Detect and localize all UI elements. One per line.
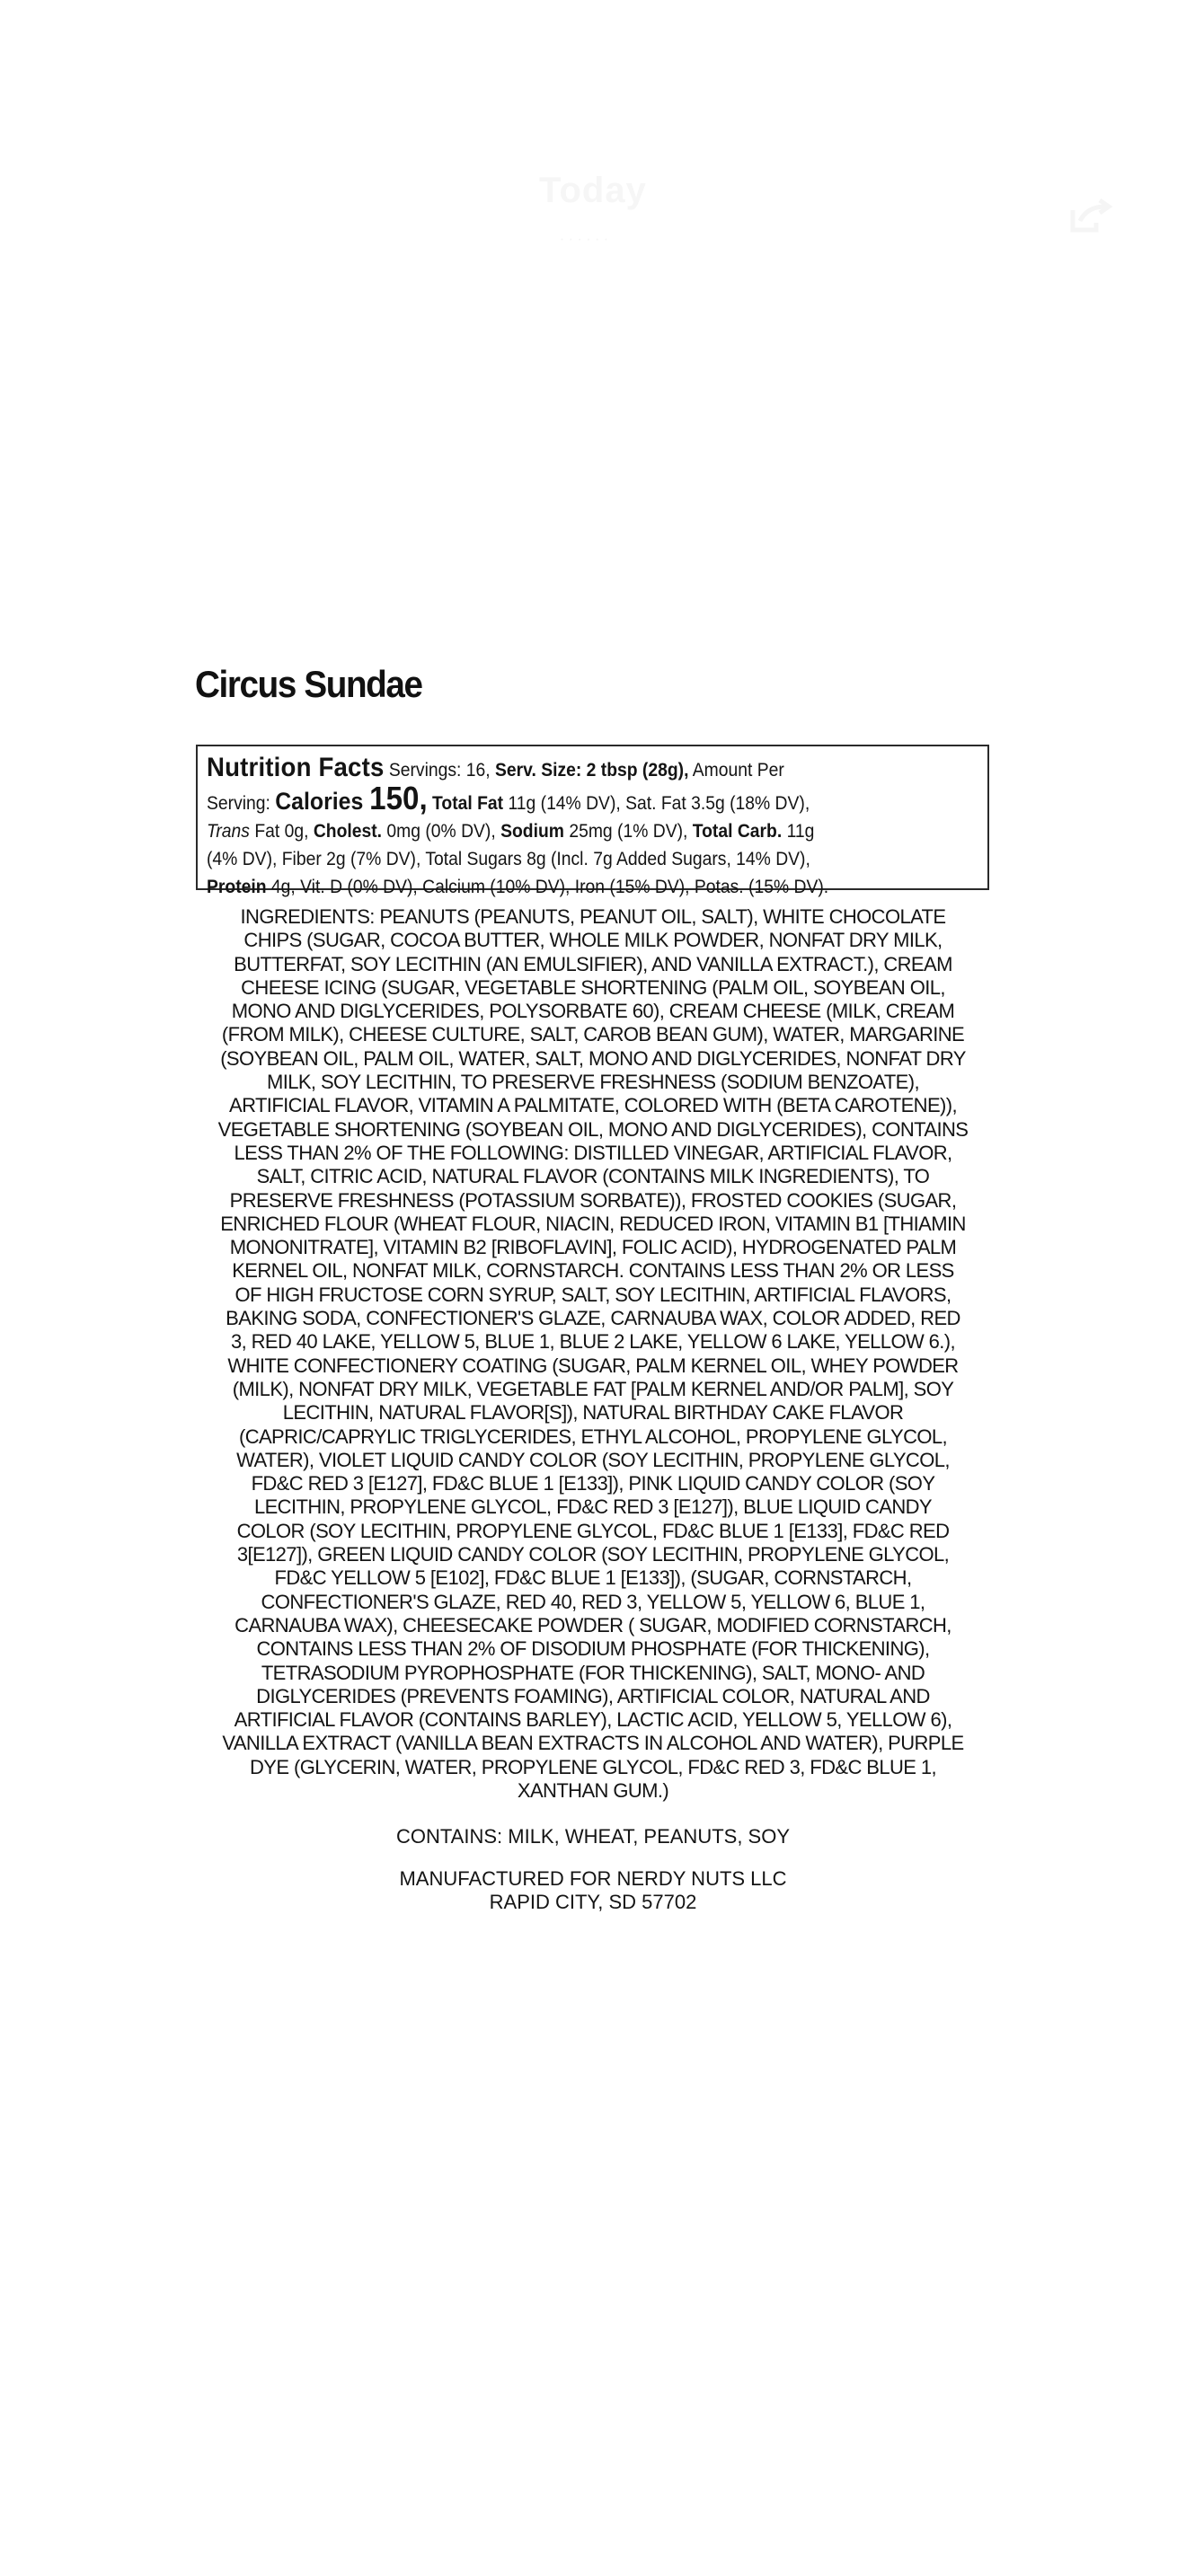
ingredients-line: WHITE CONFECTIONERY COATING (SUGAR, PALM…: [192, 1354, 994, 1378]
ingredients-line: SALT, CITRIC ACID, NATURAL FLAVOR (CONTA…: [192, 1165, 994, 1188]
ingredients-line: FD&C RED 3 [E127], FD&C BLUE 1 [E133]), …: [192, 1472, 994, 1495]
ingredients-line: LECITHIN, PROPYLENE GLYCOL, FD&C RED 3 […: [192, 1495, 994, 1519]
ingredients-line: OF HIGH FRUCTOSE CORN SYRUP, SALT, SOY L…: [192, 1284, 994, 1307]
nutrition-line-2: Serving: Calories 150, Total Fat 11g (14…: [207, 784, 916, 817]
ingredients-line: FD&C YELLOW 5 [E102], FD&C BLUE 1 [E133]…: [192, 1566, 994, 1590]
calories-label: Calories: [275, 788, 369, 815]
ingredients-line: CHIPS (SUGAR, COCOA BUTTER, WHOLE MILK P…: [192, 929, 994, 952]
calories-value: 150,: [369, 780, 427, 816]
ingredients-line: COLOR (SOY LECITHIN, PROPYLENE GLYCOL, F…: [192, 1520, 994, 1543]
ingredients-line: ARTIFICIAL FLAVOR, VITAMIN A PALMITATE, …: [192, 1094, 994, 1117]
share-icon[interactable]: [1067, 198, 1114, 235]
nutrition-facts-panel: Nutrition Facts Servings: 16, Serv. Size…: [196, 745, 989, 890]
total-fat-value: 11g (14% DV), Sat. Fat 3.5g (18% DV),: [503, 793, 810, 814]
ingredients-line: LESS THAN 2% OF THE FOLLOWING: DISTILLED…: [192, 1142, 994, 1165]
sodium-label: Sodium: [500, 821, 564, 842]
serving-label: Serving:: [207, 793, 275, 814]
servings-text: Servings: 16,: [384, 760, 494, 781]
ingredients-line: BAKING SODA, CONFECTIONER'S GLAZE, CARNA…: [192, 1307, 994, 1330]
ingredients-line: (MILK), NONFAT DRY MILK, VEGETABLE FAT […: [192, 1378, 994, 1401]
total-carb-value: 11g: [782, 821, 814, 842]
ingredients-line: PRESERVE FRESHNESS (POTASSIUM SORBATE)),…: [192, 1189, 994, 1213]
manufacturer-name: MANUFACTURED FOR NERDY NUTS LLC: [192, 1867, 994, 1891]
nutrition-facts-heading: Nutrition Facts: [207, 753, 384, 782]
fiber-sugars-text: (4% DV), Fiber 2g (7% DV), Total Sugars …: [207, 849, 810, 869]
protein-vitamins-text: 4g, Vit. D (0% DV), Calcium (10% DV), Ir…: [267, 877, 829, 897]
ingredients-line: 3, RED 40 LAKE, YELLOW 5, BLUE 1, BLUE 2…: [192, 1330, 994, 1354]
serving-size-text: Serv. Size: 2 tbsp (28g),: [495, 760, 688, 781]
header-title: Today: [539, 171, 647, 211]
ingredients-line: BUTTERFAT, SOY LECITHIN (AN EMULSIFIER),…: [192, 953, 994, 976]
sodium-value: 25mg (1% DV),: [564, 821, 693, 842]
header-subtitle: · · · · · ·: [508, 232, 660, 248]
ingredients-line: XANTHAN GUM.): [192, 1779, 994, 1803]
ingredients-line: LECITHIN, NATURAL FLAVOR[S]), NATURAL BI…: [192, 1401, 994, 1425]
ingredients-line: VANILLA EXTRACT (VANILLA BEAN EXTRACTS I…: [192, 1732, 994, 1755]
ingredients-line: DIGLYCERIDES (PREVENTS FOAMING), ARTIFIC…: [192, 1685, 994, 1708]
ingredients-line: DYE (GLYCERIN, WATER, PROPYLENE GLYCOL, …: [192, 1756, 994, 1779]
nutrition-line-5: Protein 4g, Vit. D (0% DV), Calcium (10%…: [207, 873, 916, 901]
nutrition-line-1: Nutrition Facts Servings: 16, Serv. Size…: [207, 754, 916, 784]
manufacturer-info: MANUFACTURED FOR NERDY NUTS LLC RAPID CI…: [192, 1867, 994, 1914]
ingredients-line: 3[E127]), GREEN LIQUID CANDY COLOR (SOY …: [192, 1543, 994, 1566]
ingredients-line: CONFECTIONER'S GLAZE, RED 40, RED 3, YEL…: [192, 1591, 994, 1614]
ingredients-line: MONONITRATE], VITAMIN B2 [RIBOFLAVIN], F…: [192, 1236, 994, 1259]
allergen-statement: CONTAINS: MILK, WHEAT, PEANUTS, SOY: [192, 1825, 994, 1848]
ingredients-line: VEGETABLE SHORTENING (SOYBEAN OIL, MONO …: [192, 1118, 994, 1142]
ingredients-line: CONTAINS LESS THAN 2% OF DISODIUM PHOSPH…: [192, 1637, 994, 1661]
trans-label: Trans: [207, 821, 250, 842]
nutrition-line-4: (4% DV), Fiber 2g (7% DV), Total Sugars …: [207, 845, 916, 873]
cholesterol-label: Cholest.: [314, 821, 382, 842]
page-header: Today · · · · · ·: [0, 171, 1186, 278]
ingredients-line: MONO AND DIGLYCERIDES, POLYSORBATE 60), …: [192, 1000, 994, 1023]
ingredients-line: (SOYBEAN OIL, PALM OIL, WATER, SALT, MON…: [192, 1047, 994, 1071]
ingredients-line: (FROM MILK), CHEESE CULTURE, SALT, CAROB…: [192, 1023, 994, 1046]
ingredients-line: ARTIFICIAL FLAVOR (CONTAINS BARLEY), LAC…: [192, 1708, 994, 1732]
total-carb-label: Total Carb.: [693, 821, 782, 842]
protein-label: Protein: [207, 877, 267, 897]
trans-fat-value: Fat 0g,: [250, 821, 314, 842]
total-fat-label: Total Fat: [428, 793, 503, 814]
nutrition-line-3: Trans Fat 0g, Cholest. 0mg (0% DV), Sodi…: [207, 817, 916, 845]
cholesterol-value: 0mg (0% DV),: [382, 821, 500, 842]
ingredients-line: INGREDIENTS: PEANUTS (PEANUTS, PEANUT OI…: [192, 905, 994, 929]
ingredients-line: TETRASODIUM PYROPHOSPHATE (FOR THICKENIN…: [192, 1662, 994, 1685]
ingredients-list: INGREDIENTS: PEANUTS (PEANUTS, PEANUT OI…: [192, 905, 994, 1803]
manufacturer-address: RAPID CITY, SD 57702: [192, 1891, 994, 1914]
ingredients-line: WATER), VIOLET LIQUID CANDY COLOR (SOY L…: [192, 1449, 994, 1472]
ingredients-line: CHEESE ICING (SUGAR, VEGETABLE SHORTENIN…: [192, 976, 994, 1000]
ingredients-line: MILK, SOY LECITHIN, TO PRESERVE FRESHNES…: [192, 1071, 994, 1094]
ingredients-line: CARNAUBA WAX), CHEESECAKE POWDER ( SUGAR…: [192, 1614, 994, 1637]
amount-per-text: Amount Per: [688, 760, 783, 781]
product-title: Circus Sundae: [195, 663, 422, 706]
ingredients-line: (CAPRIC/CAPRYLIC TRIGLYCERIDES, ETHYL AL…: [192, 1425, 994, 1449]
ingredients-line: KERNEL OIL, NONFAT MILK, CORNSTARCH. CON…: [192, 1259, 994, 1283]
ingredients-line: ENRICHED FLOUR (WHEAT FLOUR, NIACIN, RED…: [192, 1213, 994, 1236]
